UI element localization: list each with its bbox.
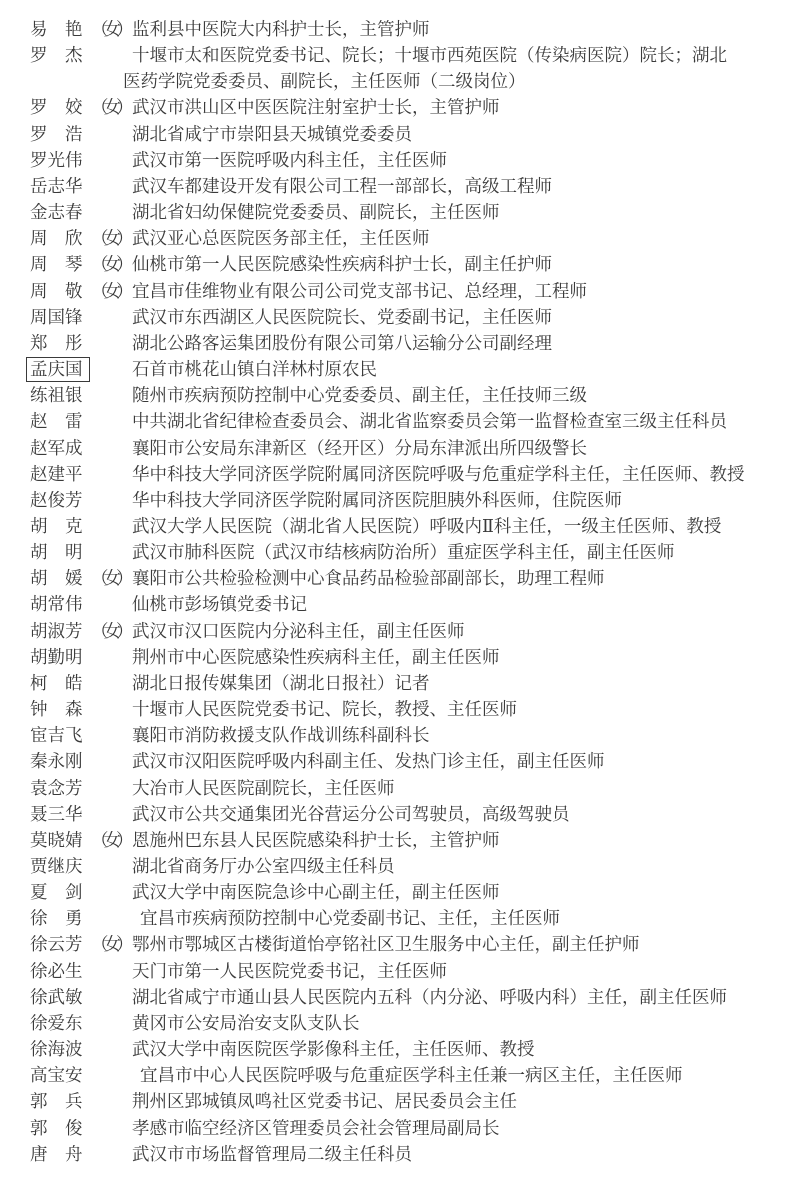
person-title: 十堰市人民医院党委书记、院长，教授、主任医师	[132, 696, 798, 722]
person-title: 湖北省商务厅办公室四级主任科员	[132, 853, 798, 879]
list-item: 胡淑芳 （女） 武汉市汉口医院内分泌科主任，副主任医师	[0, 618, 798, 644]
person-title: 武汉大学中南医院急诊中心副主任，副主任医师	[132, 879, 798, 905]
person-title: 恩施州巴东县人民医院感染科护士长，主管护师	[132, 827, 798, 853]
list-item: 徐爱东 黄冈市公安局治安支队支队长	[0, 1010, 798, 1036]
list-item: 罗 杰 十堰市太和医院党委书记、院长；十堰市西苑医院（传染病医院）院长；湖北 医…	[0, 42, 798, 94]
gender-note: （女）	[91, 225, 129, 251]
list-item: 秦永刚 武汉市汉阳医院呼吸内科副主任、发热门诊主任，副主任医师	[0, 748, 798, 774]
list-item: 赵 雷 中共湖北省纪律检查委员会、湖北省监察委员会第一监督检查室三级主任科员	[0, 408, 798, 434]
person-title: 武汉市市场监督管理局二级主任科员	[132, 1141, 798, 1167]
person-name: 秦永刚	[30, 748, 83, 774]
person-title: 湖北省咸宁市通山县人民医院内五科（内分泌、呼吸内科）主任，副主任医师	[132, 984, 798, 1010]
person-name: 周 琴	[30, 251, 83, 277]
gender-note: （女）	[91, 251, 129, 277]
person-title: 武汉大学人民医院（湖北省人民医院）呼吸内Ⅱ科主任，一级主任医师、教授	[132, 513, 798, 539]
person-title: 鄂州市鄂城区古楼街道怡亭铭社区卫生服务中心主任，副主任护师	[132, 931, 798, 957]
person-title: 武汉市汉口医院内分泌科主任，副主任医师	[132, 618, 798, 644]
person-title: 武汉市公共交通集团光谷营运分公司驾驶员，高级驾驶员	[132, 801, 798, 827]
list-item: 赵俊芳 华中科技大学同济医学院附属同济医院胆胰外科医师，住院医师	[0, 487, 798, 513]
person-title: 襄阳市消防救援支队作战训练科副科长	[132, 722, 798, 748]
person-title: 中共湖北省纪律检查委员会、湖北省监察委员会第一监督检查室三级主任科员	[132, 408, 798, 434]
person-title: 华中科技大学同济医学院附属同济医院胆胰外科医师，住院医师	[132, 487, 798, 513]
list-item: 聂三华 武汉市公共交通集团光谷营运分公司驾驶员，高级驾驶员	[0, 801, 798, 827]
person-name: 郑 彤	[30, 330, 83, 356]
person-name: 赵 雷	[30, 408, 83, 434]
list-item: 郭 俊 孝感市临空经济区管理委员会社会管理局副局长	[0, 1115, 798, 1141]
gender-note: （女）	[91, 618, 129, 644]
person-title: 湖北日报传媒集团（湖北日报社）记者	[132, 670, 798, 696]
person-name: 高宝安	[30, 1062, 83, 1088]
person-title: 大冶市人民医院副院长，主任医师	[132, 775, 798, 801]
person-name: 徐爱东	[30, 1010, 83, 1036]
list-item: 胡 媛 （女） 襄阳市公共检验检测中心食品药品检验部副部长，助理工程师	[0, 565, 798, 591]
person-name: 罗光伟	[30, 147, 83, 173]
list-item: 徐云芳 （女） 鄂州市鄂城区古楼街道怡亭铭社区卫生服务中心主任，副主任护师	[0, 931, 798, 957]
list-item: 周国锋 武汉市东西湖区人民医院院长、党委副书记，主任医师	[0, 304, 798, 330]
gender-note: （女）	[91, 278, 129, 304]
person-name: 赵建平	[30, 461, 83, 487]
person-name: 周国锋	[30, 304, 83, 330]
person-name: 岳志华	[30, 173, 83, 199]
person-title: 湖北省妇幼保健院党委委员、副院长，主任医师	[132, 199, 798, 225]
person-name: 徐海波	[30, 1036, 83, 1062]
person-title: 襄阳市公共检验检测中心食品药品检验部副部长，助理工程师	[132, 565, 798, 591]
list-item: 罗光伟 武汉市第一医院呼吸内科主任，主任医师	[0, 147, 798, 173]
list-item: 周 琴 （女） 仙桃市第一人民医院感染性疾病科护士长，副主任护师	[0, 251, 798, 277]
person-name: 胡常伟	[30, 591, 83, 617]
gender-note: （女）	[91, 827, 129, 853]
list-item: 金志春 湖北省妇幼保健院党委委员、副院长，主任医师	[0, 199, 798, 225]
person-title: 荆州区郢城镇凤鸣社区党委书记、居民委员会主任	[132, 1088, 798, 1114]
person-name: 徐 勇	[30, 905, 83, 931]
person-name: 莫晓婧	[30, 827, 83, 853]
person-title: 湖北公路客运集团股份有限公司第八运输分公司副经理	[132, 330, 798, 356]
list-item: 徐武敏 湖北省咸宁市通山县人民医院内五科（内分泌、呼吸内科）主任，副主任医师	[0, 984, 798, 1010]
list-item: 贾继庆 湖北省商务厅办公室四级主任科员	[0, 853, 798, 879]
person-name: 钟 森	[30, 696, 83, 722]
person-name: 罗 姣	[30, 94, 83, 120]
person-name: 夏 剑	[30, 879, 83, 905]
list-item: 莫晓婧 （女） 恩施州巴东县人民医院感染科护士长，主管护师	[0, 827, 798, 853]
person-title: 武汉市肺科医院（武汉市结核病防治所）重症医学科主任，副主任医师	[132, 539, 798, 565]
person-title: 随州市疾病预防控制中心党委委员、副主任，主任技师三级	[132, 382, 798, 408]
list-item: 钟 森 十堰市人民医院党委书记、院长，教授、主任医师	[0, 696, 798, 722]
person-title: 湖北省咸宁市崇阳县天城镇党委委员	[132, 121, 798, 147]
person-name: 孟庆国	[26, 357, 90, 382]
person-name: 徐云芳	[30, 931, 83, 957]
person-title: 武汉市东西湖区人民医院院长、党委副书记，主任医师	[132, 304, 798, 330]
list-item: 岳志华 武汉车都建设开发有限公司工程一部部长，高级工程师	[0, 173, 798, 199]
person-name: 郭 兵	[30, 1088, 83, 1114]
person-title: 荆州市中心医院感染性疾病科主任，副主任医师	[132, 644, 798, 670]
list-item: 赵军成 襄阳市公安局东津新区（经开区）分局东津派出所四级警长	[0, 435, 798, 461]
person-name: 罗 浩	[30, 121, 83, 147]
gender-note: （女）	[91, 94, 129, 120]
person-title: 华中科技大学同济医学院附属同济医院呼吸与危重症学科主任，主任医师、教授	[132, 461, 798, 487]
honor-roll-name-list: 易 艳 （女） 监利县中医院大内科护士长，主管护师 罗 杰 十堰市太和医院党委书…	[0, 16, 798, 1167]
person-name: 郭 俊	[30, 1115, 83, 1141]
list-item: 唐 舟 武汉市市场监督管理局二级主任科员	[0, 1141, 798, 1167]
person-name: 易 艳	[30, 16, 83, 42]
list-item: 夏 剑 武汉大学中南医院急诊中心副主任，副主任医师	[0, 879, 798, 905]
list-item: 周 欣 （女） 武汉亚心总医院医务部主任，主任医师	[0, 225, 798, 251]
person-name: 柯 皓	[30, 670, 83, 696]
person-name: 徐必生	[30, 958, 83, 984]
person-title: 武汉大学中南医院医学影像科主任，主任医师、教授	[132, 1036, 798, 1062]
person-title: 武汉市汉阳医院呼吸内科副主任、发热门诊主任，副主任医师	[132, 748, 798, 774]
person-name: 金志春	[30, 199, 83, 225]
list-item: 易 艳 （女） 监利县中医院大内科护士长，主管护师	[0, 16, 798, 42]
person-title: 武汉市洪山区中医医院注射室护士长，主管护师	[132, 94, 798, 120]
list-item: 宦吉飞 襄阳市消防救援支队作战训练科副科长	[0, 722, 798, 748]
person-title: 宜昌市中心人民医院呼吸与危重症医学科主任兼一病区主任，主任医师	[140, 1062, 798, 1088]
person-title-continuation: 医药学院党委委员、副院长，主任医师（二级岗位）	[123, 68, 798, 94]
list-item: 胡常伟 仙桃市彭场镇党委书记	[0, 591, 798, 617]
person-title: 武汉车都建设开发有限公司工程一部部长，高级工程师	[132, 173, 798, 199]
person-name: 胡 明	[30, 539, 83, 565]
list-item: 郑 彤 湖北公路客运集团股份有限公司第八运输分公司副经理	[0, 330, 798, 356]
person-name: 赵军成	[30, 435, 83, 461]
person-name: 聂三华	[30, 801, 83, 827]
person-name: 胡勤明	[30, 644, 83, 670]
document-page: 易 艳 （女） 监利县中医院大内科护士长，主管护师 罗 杰 十堰市太和医院党委书…	[0, 0, 798, 1178]
list-item: 胡 克 武汉大学人民医院（湖北省人民医院）呼吸内Ⅱ科主任，一级主任医师、教授	[0, 513, 798, 539]
gender-note: （女）	[91, 565, 129, 591]
person-name: 徐武敏	[30, 984, 83, 1010]
list-item: 徐海波 武汉大学中南医院医学影像科主任，主任医师、教授	[0, 1036, 798, 1062]
list-item: 徐 勇 宜昌市疾病预防控制中心党委副书记、主任，主任医师	[0, 905, 798, 931]
list-item: 高宝安 宜昌市中心人民医院呼吸与危重症医学科主任兼一病区主任，主任医师	[0, 1062, 798, 1088]
person-title: 襄阳市公安局东津新区（经开区）分局东津派出所四级警长	[132, 435, 798, 461]
list-item: 郭 兵 荆州区郢城镇凤鸣社区党委书记、居民委员会主任	[0, 1088, 798, 1114]
person-title: 仙桃市彭场镇党委书记	[132, 591, 798, 617]
person-name: 胡淑芳	[30, 618, 83, 644]
person-title: 监利县中医院大内科护士长，主管护师	[132, 16, 798, 42]
person-title: 武汉亚心总医院医务部主任，主任医师	[132, 225, 798, 251]
person-title: 武汉市第一医院呼吸内科主任，主任医师	[132, 147, 798, 173]
list-item: 徐必生 天门市第一人民医院党委书记，主任医师	[0, 958, 798, 984]
list-item: 赵建平 华中科技大学同济医学院附属同济医院呼吸与危重症学科主任，主任医师、教授	[0, 461, 798, 487]
person-title: 天门市第一人民医院党委书记，主任医师	[132, 958, 798, 984]
person-title: 宜昌市疾病预防控制中心党委副书记、主任，主任医师	[140, 905, 798, 931]
person-name: 宦吉飞	[30, 722, 83, 748]
person-title: 仙桃市第一人民医院感染性疾病科护士长，副主任护师	[132, 251, 798, 277]
list-item: 周 敬 （女） 宜昌市佳维物业有限公司公司党支部书记、总经理，工程师	[0, 278, 798, 304]
gender-note: （女）	[91, 931, 129, 957]
gender-note: （女）	[91, 16, 129, 42]
person-name: 袁念芳	[30, 775, 83, 801]
person-title: 黄冈市公安局治安支队支队长	[132, 1010, 798, 1036]
person-name: 胡 克	[30, 513, 83, 539]
list-item: 罗 姣 （女） 武汉市洪山区中医医院注射室护士长，主管护师	[0, 94, 798, 120]
person-name: 唐 舟	[30, 1141, 83, 1167]
list-item: 练祖银 随州市疾病预防控制中心党委委员、副主任，主任技师三级	[0, 382, 798, 408]
person-name: 罗 杰	[30, 42, 83, 68]
person-name: 胡 媛	[30, 565, 83, 591]
person-name: 赵俊芳	[30, 487, 83, 513]
person-name: 贾继庆	[30, 853, 83, 879]
person-title: 宜昌市佳维物业有限公司公司党支部书记、总经理，工程师	[132, 278, 798, 304]
list-item: 胡 明 武汉市肺科医院（武汉市结核病防治所）重症医学科主任，副主任医师	[0, 539, 798, 565]
person-name: 周 欣	[30, 225, 83, 251]
list-item: 孟庆国 石首市桃花山镇白洋林村原农民	[0, 356, 798, 382]
list-item: 罗 浩 湖北省咸宁市崇阳县天城镇党委委员	[0, 121, 798, 147]
list-item: 胡勤明 荆州市中心医院感染性疾病科主任，副主任医师	[0, 644, 798, 670]
person-title: 十堰市太和医院党委书记、院长；十堰市西苑医院（传染病医院）院长；湖北	[132, 42, 798, 68]
person-title: 孝感市临空经济区管理委员会社会管理局副局长	[132, 1115, 798, 1141]
person-name: 周 敬	[30, 278, 83, 304]
list-item: 柯 皓 湖北日报传媒集团（湖北日报社）记者	[0, 670, 798, 696]
person-name: 练祖银	[30, 382, 83, 408]
person-title: 石首市桃花山镇白洋林村原农民	[132, 356, 798, 382]
list-item: 袁念芳 大冶市人民医院副院长，主任医师	[0, 775, 798, 801]
